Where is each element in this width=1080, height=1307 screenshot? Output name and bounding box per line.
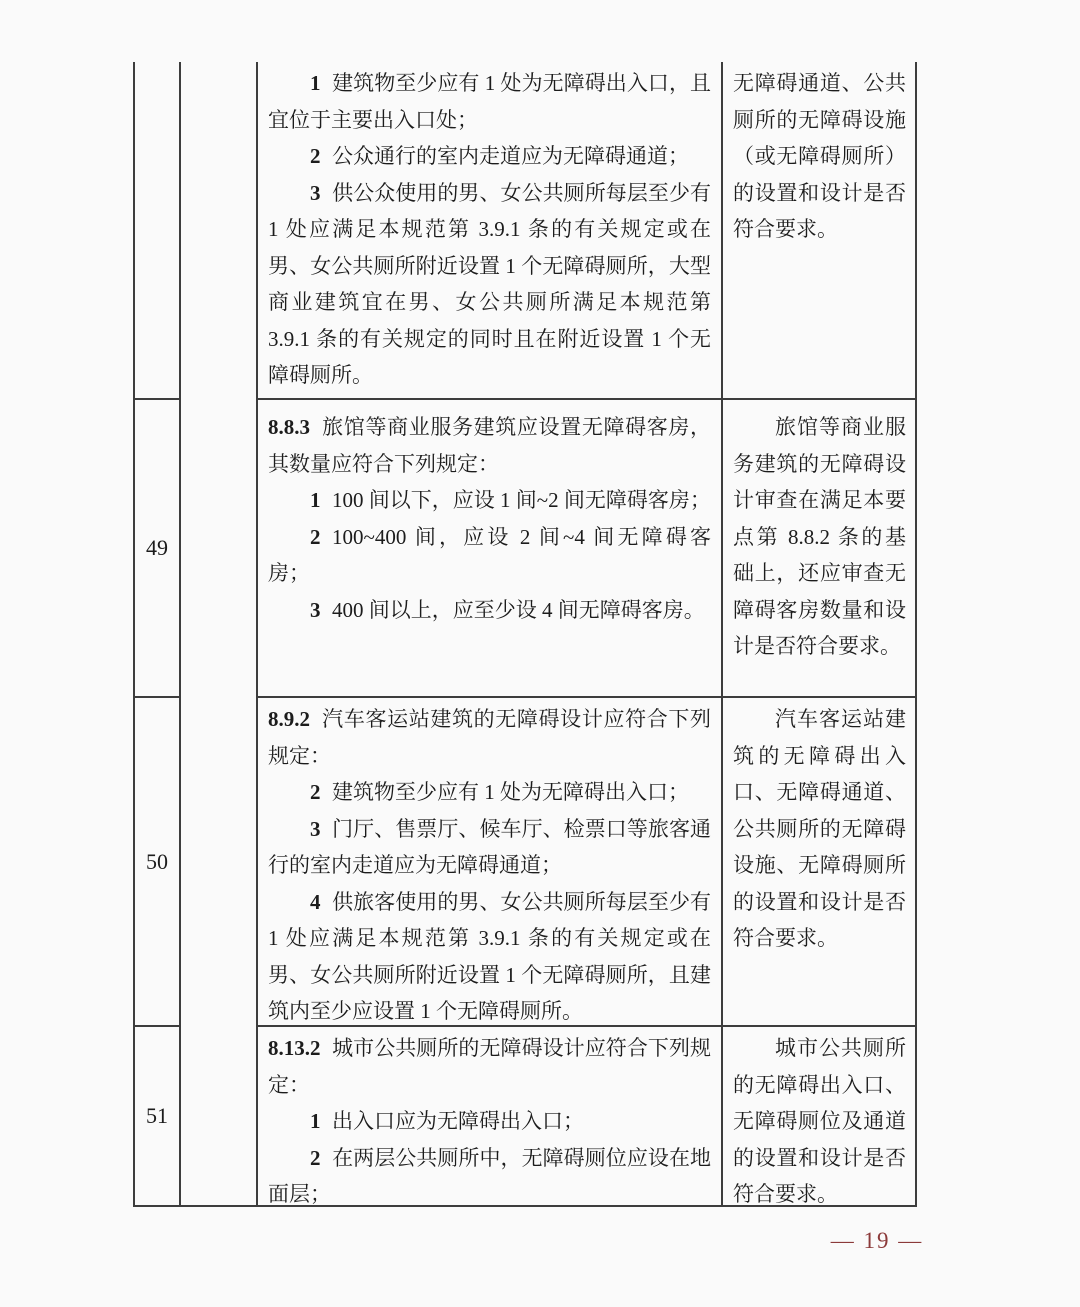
review-cell: 无障碍通道、公共厕所的无障碍设施（或无障碍厕所）的设置和设计是否符合要求。 bbox=[723, 62, 917, 400]
item-number: 2 bbox=[310, 144, 321, 168]
review-points-table: 49 50 51 1建筑物至少应有 1 处为无障碍出入口，且宜位于主要出入口处；… bbox=[133, 62, 917, 1207]
item-number: 4 bbox=[310, 890, 321, 914]
clause-cell: 8.9.2汽车客运站建筑的无障碍设计应符合下列规定： 2建筑物至少应有 1 处为… bbox=[258, 698, 723, 1027]
item-number: 2 bbox=[310, 525, 321, 549]
item-text: 建筑物至少应有 1 处为无障碍出入口，且宜位于主要出入口处； bbox=[268, 71, 711, 132]
document-page: 49 50 51 1建筑物至少应有 1 处为无障碍出入口，且宜位于主要出入口处；… bbox=[0, 0, 1080, 1307]
empty-column-cell bbox=[181, 62, 258, 1207]
clause-text: 旅馆等商业服务建筑应设置无障碍客房，其数量应符合下列规定： bbox=[268, 415, 711, 476]
clause-cell: 8.8.3旅馆等商业服务建筑应设置无障碍客房，其数量应符合下列规定： 1100 … bbox=[258, 400, 723, 698]
review-cell: 城市公共厕所的无障碍出入口、无障碍厕位及通道的设置和设计是否符合要求。 bbox=[723, 1027, 917, 1207]
clause-number: 8.13.2 bbox=[268, 1036, 321, 1060]
clause-item: 1建筑物至少应有 1 处为无障碍出入口，且宜位于主要出入口处； bbox=[268, 65, 711, 138]
item-text: 公众通行的室内走道应为无障碍通道； bbox=[332, 144, 689, 168]
clause-heading: 8.8.3旅馆等商业服务建筑应设置无障碍客房，其数量应符合下列规定： bbox=[268, 409, 711, 482]
item-number: 3 bbox=[310, 598, 321, 622]
clause-item: 1100 间以下，应设 1 间~2 间无障碍客房； bbox=[268, 482, 711, 519]
page-number: — 19 — bbox=[812, 1228, 942, 1254]
item-text: 400 间以上，应至少设 4 间无障碍客房。 bbox=[332, 598, 705, 622]
item-number: 2 bbox=[310, 1146, 321, 1170]
item-text: 门厅、售票厅、候车厅、检票口等旅客通行的室内走道应为无障碍通道； bbox=[268, 817, 711, 878]
item-text: 出入口应为无障碍出入口； bbox=[332, 1109, 584, 1133]
clause-item: 4供旅客使用的男、女公共厕所每层至少有 1 处应满足本规范第 3.9.1 条的有… bbox=[268, 884, 711, 1028]
clause-item: 2公众通行的室内走道应为无障碍通道； bbox=[268, 138, 711, 175]
row-number: 49 bbox=[146, 535, 168, 561]
row-number-cell bbox=[133, 62, 181, 400]
item-text: 100 间以下，应设 1 间~2 间无障碍客房； bbox=[332, 488, 711, 512]
item-number: 3 bbox=[310, 817, 321, 841]
item-text: 在两层公共厕所中，无障碍厕位应设在地面层； bbox=[268, 1146, 711, 1207]
item-number: 2 bbox=[310, 780, 321, 804]
review-cell: 旅馆等商业服务建筑的无障碍设计审查在满足本要点第 8.8.2 条的基础上，还应审… bbox=[723, 400, 917, 698]
item-text: 100~400 间，应设 2 间~4 间无障碍客房； bbox=[268, 525, 711, 586]
clause-cell: 8.13.2城市公共厕所的无障碍设计应符合下列规定： 1出入口应为无障碍出入口；… bbox=[258, 1027, 723, 1207]
item-number: 1 bbox=[310, 1109, 321, 1133]
clause-item: 3门厅、售票厅、候车厅、检票口等旅客通行的室内走道应为无障碍通道； bbox=[268, 811, 711, 884]
review-text: 城市公共厕所的无障碍出入口、无障碍厕位及通道的设置和设计是否符合要求。 bbox=[733, 1030, 906, 1207]
clause-item: 3400 间以上，应至少设 4 间无障碍客房。 bbox=[268, 592, 711, 629]
review-text: 无障碍通道、公共厕所的无障碍设施（或无障碍厕所）的设置和设计是否符合要求。 bbox=[733, 65, 906, 248]
clause-number: 8.9.2 bbox=[268, 707, 310, 731]
item-number: 1 bbox=[310, 488, 321, 512]
row-number: 51 bbox=[146, 1103, 168, 1129]
item-text: 建筑物至少应有 1 处为无障碍出入口； bbox=[332, 780, 689, 804]
clause-item: 1出入口应为无障碍出入口； bbox=[268, 1103, 711, 1140]
clause-text: 城市公共厕所的无障碍设计应符合下列规定： bbox=[268, 1036, 711, 1097]
review-text: 汽车客运站建筑的无障碍出入口、无障碍通道、公共厕所的无障碍设施、无障碍厕所的设置… bbox=[733, 701, 906, 957]
clause-item: 2在两层公共厕所中，无障碍厕位应设在地面层； bbox=[268, 1140, 711, 1208]
item-text: 供公众使用的男、女公共厕所每层至少有 1 处应满足本规范第 3.9.1 条的有关… bbox=[268, 181, 711, 388]
row-number: 50 bbox=[146, 849, 168, 875]
row-number-cell: 49 bbox=[133, 400, 181, 698]
clause-heading: 8.13.2城市公共厕所的无障碍设计应符合下列规定： bbox=[268, 1030, 711, 1103]
clause-text: 汽车客运站建筑的无障碍设计应符合下列规定： bbox=[268, 707, 711, 768]
clause-heading: 8.9.2汽车客运站建筑的无障碍设计应符合下列规定： bbox=[268, 701, 711, 774]
row-number-cell: 50 bbox=[133, 698, 181, 1027]
item-text: 供旅客使用的男、女公共厕所每层至少有 1 处应满足本规范第 3.9.1 条的有关… bbox=[268, 890, 711, 1024]
clause-item: 2100~400 间，应设 2 间~4 间无障碍客房； bbox=[268, 519, 711, 592]
review-text: 旅馆等商业服务建筑的无障碍设计审查在满足本要点第 8.8.2 条的基础上，还应审… bbox=[733, 409, 906, 665]
clause-item: 2建筑物至少应有 1 处为无障碍出入口； bbox=[268, 774, 711, 811]
review-cell: 汽车客运站建筑的无障碍出入口、无障碍通道、公共厕所的无障碍设施、无障碍厕所的设置… bbox=[723, 698, 917, 1027]
row-number-cell: 51 bbox=[133, 1027, 181, 1207]
clause-number: 8.8.3 bbox=[268, 415, 310, 439]
item-number: 3 bbox=[310, 181, 321, 205]
item-number: 1 bbox=[310, 71, 321, 95]
clause-item: 3供公众使用的男、女公共厕所每层至少有 1 处应满足本规范第 3.9.1 条的有… bbox=[268, 175, 711, 394]
clause-cell: 1建筑物至少应有 1 处为无障碍出入口，且宜位于主要出入口处； 2公众通行的室内… bbox=[258, 62, 723, 400]
